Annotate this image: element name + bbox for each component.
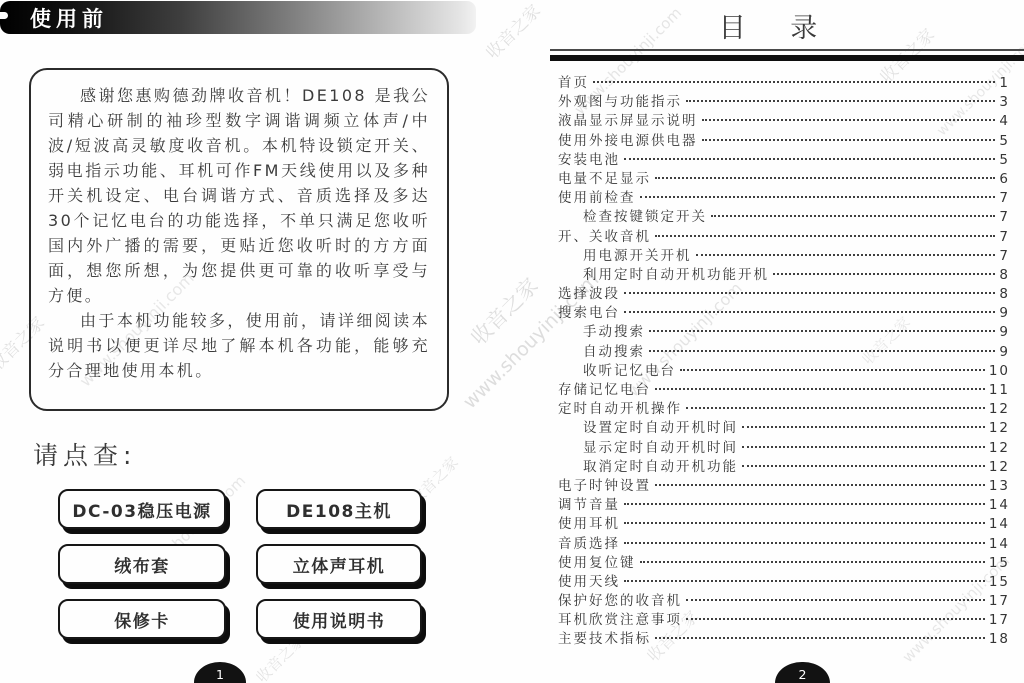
page-number-tab-right: 2	[775, 662, 830, 683]
page-before-use: 使用前 感谢您惠购德劲牌收音机！DE108 是我公司精心研制的袖珍型数字调谐调频…	[0, 0, 512, 683]
toc-entry-label: 搜索电台	[558, 301, 620, 321]
toc-entry: 首页1	[558, 71, 1010, 90]
toc-entry-label: 取消定时自动开机功能	[583, 455, 738, 475]
toc-dot-leader	[686, 407, 985, 409]
toc-entry-label: 电子时钟设置	[558, 474, 651, 494]
toc-entry: 保护好您的收音机17	[558, 589, 1010, 608]
toc-dot-leader	[702, 139, 996, 141]
toc-entry-page: 8	[999, 286, 1010, 302]
toc-entry: 取消定时自动开机功能12	[558, 455, 1010, 474]
toc-dot-leader	[624, 542, 985, 544]
toc-dot-leader	[655, 484, 985, 486]
toc-dot-leader	[742, 465, 985, 467]
toc-entry-page: 7	[999, 248, 1010, 264]
toc-dot-leader	[649, 350, 995, 352]
toc-entry-label: 液晶显示屏显示说明	[558, 109, 698, 129]
toc-dot-leader	[742, 446, 985, 448]
toc-title: 目 录	[512, 6, 1024, 45]
toc-entry: 搜索电台9	[558, 301, 1010, 320]
toc-entry-page: 6	[999, 171, 1010, 187]
checklist-item: DE108主机	[256, 489, 422, 529]
toc-dot-leader	[680, 369, 985, 371]
toc-entry-label: 用电源开关开机	[583, 244, 692, 264]
toc-dot-leader	[649, 330, 995, 332]
toc-dot-leader	[686, 618, 985, 620]
checklist-item: 绒布套	[58, 544, 226, 584]
toc-entry-label: 使用天线	[558, 570, 620, 590]
section-header-bar: 使用前	[0, 1, 476, 34]
toc-entry-page: 12	[989, 459, 1010, 475]
toc-entry: 选择波段8	[558, 282, 1010, 301]
toc-entry: 使用耳机14	[558, 512, 1010, 531]
checklist-item: DC-03稳压电源	[58, 489, 226, 529]
toc-entry-page: 8	[999, 267, 1010, 283]
toc-entry: 电量不足显示6	[558, 167, 1010, 186]
toc-dot-leader	[742, 426, 985, 428]
page-number-left: 1	[216, 667, 224, 682]
toc-entry-label: 音质选择	[558, 532, 620, 552]
toc-entry-label: 使用外接电源供电器	[558, 129, 698, 149]
intro-text-box: 感谢您惠购德劲牌收音机！DE108 是我公司精心研制的袖珍型数字调谐调频立体声/…	[29, 68, 449, 411]
intro-paragraph-1: 感谢您惠购德劲牌收音机！DE108 是我公司精心研制的袖珍型数字调谐调频立体声/…	[48, 83, 430, 308]
toc-entry-page: 18	[989, 631, 1010, 647]
toc-divider-thick-line	[550, 55, 1024, 61]
toc-dot-leader	[686, 599, 985, 601]
toc-entry-label: 定时自动开机操作	[558, 397, 682, 417]
checklist-grid: DC-03稳压电源DE108主机绒布套立体声耳机保修卡使用说明书	[58, 489, 422, 639]
toc-dot-leader	[624, 158, 995, 160]
toc-entry: 使用天线15	[558, 570, 1010, 589]
toc-entry-page: 5	[999, 152, 1010, 168]
checklist-item: 使用说明书	[256, 599, 422, 639]
intro-paragraph-2: 由于本机功能较多，使用前，请详细阅读本说明书以便更详尽地了解本机各功能，能够充分…	[48, 308, 430, 383]
toc-entry-page: 7	[999, 190, 1010, 206]
toc-entry: 使用复位键15	[558, 551, 1010, 570]
page-number-right: 2	[799, 667, 807, 682]
toc-entry-page: 7	[999, 209, 1010, 225]
toc-entry: 音质选择14	[558, 532, 1010, 551]
page-number-tab-left: 1	[194, 662, 246, 683]
toc-entry: 收听记忆电台10	[558, 359, 1010, 378]
toc-entry-label: 安装电池	[558, 148, 620, 168]
toc-entry: 使用前检查7	[558, 186, 1010, 205]
toc-dot-leader	[624, 580, 985, 582]
toc-dot-leader	[711, 215, 995, 217]
toc-entry-label: 利用定时自动开机功能开机	[583, 263, 769, 283]
toc-entry-label: 存储记忆电台	[558, 378, 651, 398]
toc-dot-leader	[624, 292, 995, 294]
toc-dot-leader	[624, 503, 985, 505]
checklist-item: 保修卡	[58, 599, 226, 639]
toc-entry: 开、关收音机7	[558, 225, 1010, 244]
toc-entry-page: 9	[999, 305, 1010, 321]
toc-entry-page: 10	[989, 363, 1010, 379]
toc-entry-label: 使用耳机	[558, 512, 620, 532]
toc-entry-label: 保护好您的收音机	[558, 589, 682, 609]
toc-dot-leader	[624, 522, 985, 524]
toc-entry-page: 14	[989, 497, 1010, 513]
checklist-item: 立体声耳机	[256, 544, 422, 584]
toc-entry-page: 15	[989, 574, 1010, 590]
toc-entry-label: 自动搜索	[583, 340, 645, 360]
toc-dot-leader	[696, 254, 996, 256]
toc-entry-page: 12	[989, 420, 1010, 436]
toc-entry-page: 13	[989, 478, 1010, 494]
toc-entry: 自动搜索9	[558, 340, 1010, 359]
toc-entry-page: 15	[989, 555, 1010, 571]
toc-entry-label: 首页	[558, 71, 589, 91]
toc-entry: 存储记忆电台11	[558, 378, 1010, 397]
toc-entry-label: 耳机欣赏注意事项	[558, 608, 682, 628]
toc-entry: 利用定时自动开机功能开机8	[558, 263, 1010, 282]
toc-entry: 电子时钟设置13	[558, 474, 1010, 493]
toc-entry-label: 调节音量	[558, 493, 620, 513]
toc-entry-page: 17	[989, 612, 1010, 628]
toc-entry: 定时自动开机操作12	[558, 397, 1010, 416]
toc-entry-page: 14	[989, 516, 1010, 532]
toc-entry: 耳机欣赏注意事项17	[558, 608, 1010, 627]
toc-entry-page: 5	[999, 133, 1010, 149]
page-table-of-contents: 目 录 首页1外观图与功能指示3液晶显示屏显示说明4使用外接电源供电器5安装电池…	[512, 0, 1024, 683]
toc-entry-label: 主要技术指标	[558, 627, 651, 647]
toc-entry-label: 手动搜索	[583, 320, 645, 340]
toc-entry-page: 12	[989, 440, 1010, 456]
toc-dot-leader	[655, 235, 995, 237]
checklist-title: 请点查:	[33, 436, 136, 472]
toc-entry-page: 4	[999, 113, 1010, 129]
toc-entry: 使用外接电源供电器5	[558, 129, 1010, 148]
toc-dot-leader	[702, 119, 996, 121]
toc-entry-label: 使用复位键	[558, 551, 636, 571]
toc-entry: 安装电池5	[558, 148, 1010, 167]
toc-entry: 显示定时自动开机时间12	[558, 436, 1010, 455]
toc-entry: 主要技术指标18	[558, 627, 1010, 646]
toc-entry-label: 电量不足显示	[558, 167, 651, 187]
toc-dot-leader	[624, 311, 995, 313]
toc-dot-leader	[655, 637, 985, 639]
toc-dot-leader	[640, 561, 985, 563]
section-header-title: 使用前	[0, 3, 108, 33]
toc-entry-page: 1	[999, 75, 1010, 91]
toc-entry: 设置定时自动开机时间12	[558, 416, 1010, 435]
toc-dot-leader	[686, 100, 995, 102]
toc-entry-label: 设置定时自动开机时间	[583, 416, 738, 436]
toc-entry-page: 9	[999, 324, 1010, 340]
toc-entry: 用电源开关开机7	[558, 244, 1010, 263]
toc-entry: 手动搜索9	[558, 320, 1010, 339]
manual-spread: 收音之家www.shouyinji.com收音之家www.shouyinji.c…	[0, 0, 1024, 683]
toc-entry-page: 14	[989, 536, 1010, 552]
toc-entry-label: 开、关收音机	[558, 225, 651, 245]
toc-entry-page: 7	[999, 229, 1010, 245]
toc-dot-leader	[655, 388, 985, 390]
toc-dot-leader	[773, 273, 995, 275]
toc-entry-label: 外观图与功能指示	[558, 90, 682, 110]
toc-entry: 调节音量14	[558, 493, 1010, 512]
toc-entry-page: 12	[989, 401, 1010, 417]
toc-entry-page: 9	[999, 344, 1010, 360]
toc-entry-label: 选择波段	[558, 282, 620, 302]
toc-entry: 液晶显示屏显示说明4	[558, 109, 1010, 128]
toc-entry-label: 收听记忆电台	[583, 359, 676, 379]
toc-entry-page: 17	[989, 593, 1010, 609]
toc-entry-label: 使用前检查	[558, 186, 636, 206]
toc-entry-page: 3	[999, 94, 1010, 110]
toc-divider-rule	[550, 49, 1024, 61]
toc-entry: 外观图与功能指示3	[558, 90, 1010, 109]
toc-entry: 检查按键锁定开关7	[558, 205, 1010, 224]
toc-dot-leader	[655, 177, 995, 179]
toc-entry-label: 检查按键锁定开关	[583, 205, 707, 225]
toc-entry-label: 显示定时自动开机时间	[583, 436, 738, 456]
toc-dot-leader	[593, 81, 995, 83]
toc-list: 首页1外观图与功能指示3液晶显示屏显示说明4使用外接电源供电器5安装电池5电量不…	[558, 71, 1010, 647]
toc-entry-page: 11	[989, 382, 1010, 398]
toc-dot-leader	[640, 196, 996, 198]
